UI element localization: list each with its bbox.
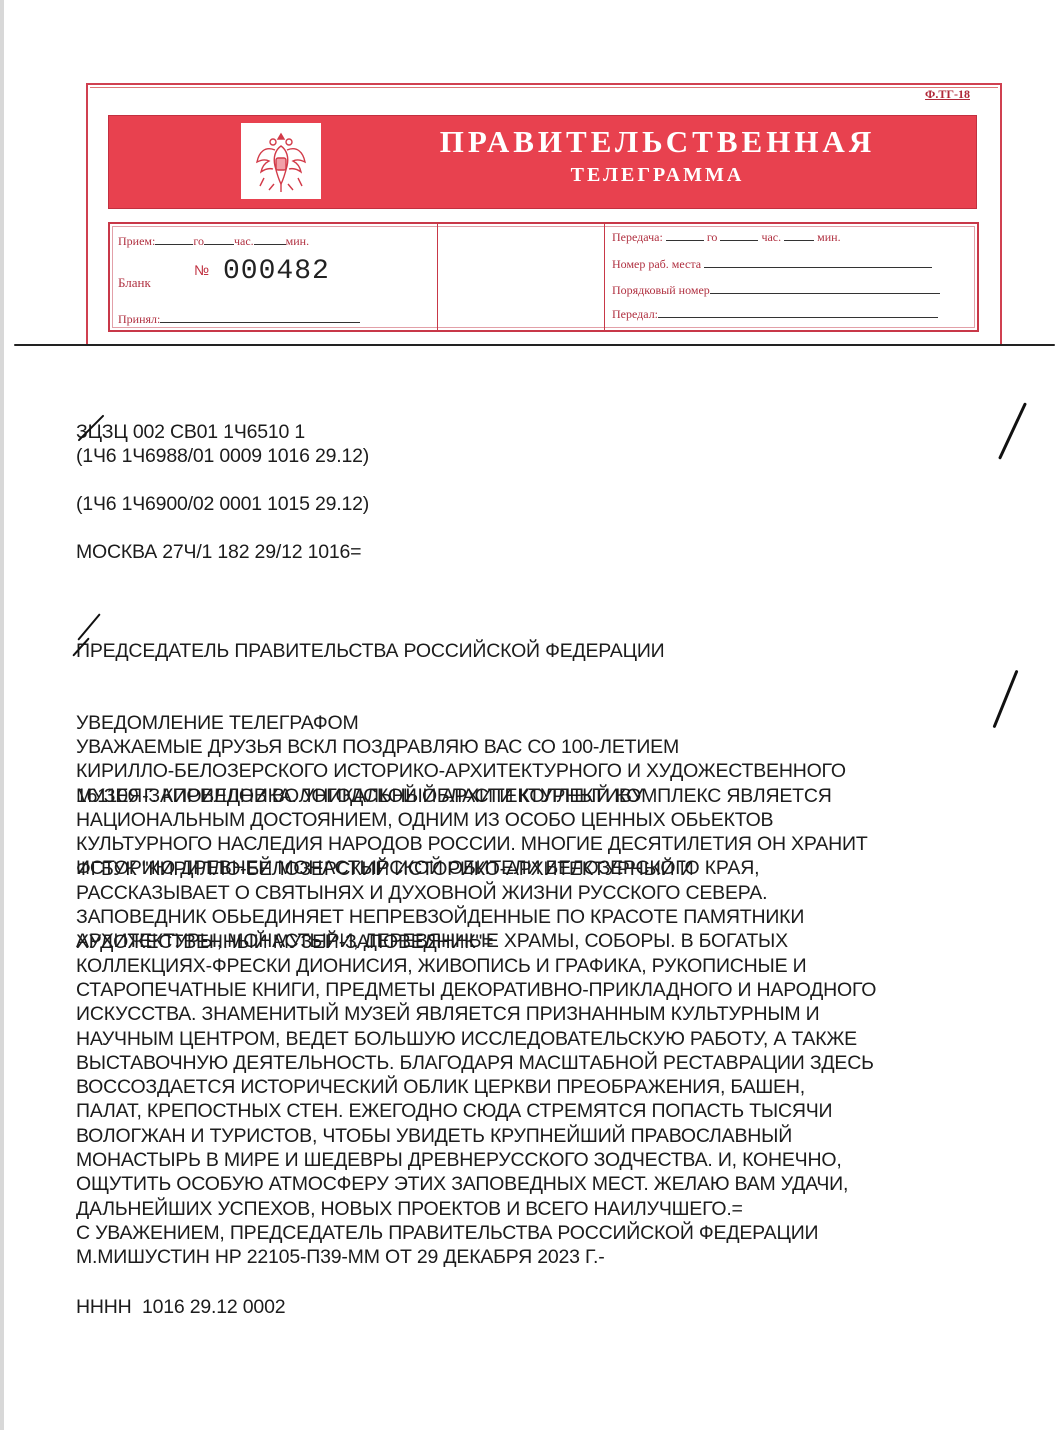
- blank-label: Бланк: [118, 275, 151, 291]
- footer-line: НННН 1016 29.12 0002: [76, 1295, 285, 1319]
- body-line: КОЛЛЕКЦИЯХ-ФРЕСКИ ДИОНИСИЯ, ЖИВОПИСЬ И Г…: [76, 954, 876, 978]
- address-line: ПРЕДСЕДАТЕЛЬ ПРАВИТЕЛЬСТВА РОССИЙСКОЙ ФЕ…: [76, 639, 694, 663]
- workstation-number-field: Номер раб. места: [612, 257, 932, 272]
- service-line: ЗЦЗЦ 002 СВ01 1Ч6510 1: [76, 420, 369, 444]
- body-line: ЗАПОВЕДНИК ОБЬЕДИНЯЕТ НЕПРЕВЗОЙДЕННЫЕ ПО…: [76, 905, 876, 929]
- body-line: КИРИЛЛО-БЕЛОЗЕРСКОГО ИСТОРИКО-АРХИТЕКТУР…: [76, 759, 876, 783]
- service-header: ЗЦЗЦ 002 СВ01 1Ч6510 1(1Ч6 1Ч6988/01 000…: [76, 420, 369, 469]
- body-line: МОНАСТЫРЬ В МИРЕ И ШЕДЕВРЫ ДРЕВНЕРУССКОГ…: [76, 1148, 876, 1172]
- service-line: (1Ч6 1Ч6988/01 0009 1016 29.12): [76, 444, 369, 468]
- form-title: ПРАВИТЕЛЬСТВЕННАЯ: [339, 124, 976, 160]
- address-line: УВЕДОМЛЕНИЕ ТЕЛЕГРАФОМ: [76, 711, 694, 735]
- column-divider: [604, 224, 605, 330]
- body-line: ИСКУССТВА. ЗНАМЕНИТЫЙ МУЗЕЙ ЯВЛЯЕТСЯ ПРИ…: [76, 1002, 876, 1026]
- body-line: НАУЧНЫМ ЦЕНТРОМ, ВЕДЕТ БОЛЬШУЮ ИССЛЕДОВА…: [76, 1027, 876, 1051]
- russian-coat-of-arms-icon: [241, 123, 321, 199]
- pen-check-mark-icon: [992, 670, 1018, 729]
- message-body: УВАЖАЕМЫЕ ДРУЗЬЯ ВСКЛ ПОЗДРАВЛЯЮ ВАС СО …: [76, 735, 876, 1270]
- body-line: УВАЖАЕМЫЕ ДРУЗЬЯ ВСКЛ ПОЗДРАВЛЯЮ ВАС СО …: [76, 735, 876, 759]
- column-divider: [437, 224, 438, 330]
- body-line: СТАРОПЕЧАТНЫЕ КНИГИ, ПРЕДМЕТЫ ДЕКОРАТИВН…: [76, 978, 876, 1002]
- scan-edge: [0, 0, 4, 1430]
- accepted-by-field: Принял:: [118, 312, 360, 327]
- body-line: ОЩУТИТЬ ОСОБУЮ АТМОСФЕРУ ЭТИХ ЗАПОВЕДНЫХ…: [76, 1172, 876, 1196]
- body-line: КУЛЬТУРНОГО НАСЛЕДИЯ НАРОДОВ РОССИИ. МНО…: [76, 832, 876, 856]
- sent-by-field: Передал:: [612, 307, 938, 322]
- body-line: ВОЛОГЖАН И ТУРИСТОВ, ЧТОБЫ УВИДЕТЬ КРУПН…: [76, 1124, 876, 1148]
- tear-line: [14, 344, 1055, 346]
- origin-line: МОСКВА 27Ч/1 182 29/12 1016=: [76, 540, 361, 564]
- body-line: ДАЛЬНЕЙШИХ УСПЕХОВ, НОВЫХ ПРОЕКТОВ И ВСЕ…: [76, 1197, 876, 1221]
- transmitted-time-field: Передача: го час. мин.: [612, 230, 841, 245]
- body-line: МУЗЕЯ-ЗАПОВЕДНИКА. УНИКАЛЬНЫЙ АРХИТЕКТУР…: [76, 784, 876, 808]
- received-time-field: Прием:гочас.мин.: [118, 234, 309, 249]
- blank-number-sign: №: [194, 262, 209, 278]
- body-line: РАССКАЗЫВАЕТ О СВЯТЫНЯХ И ДУХОВНОЙ ЖИЗНИ…: [76, 881, 876, 905]
- body-line: АРХИТЕКТУРЫ, МОНАСТЫРИ, ДЕРЕВЯННЫЕ ХРАМЫ…: [76, 929, 876, 953]
- route-line: (1Ч6 1Ч6900/02 0001 1015 29.12): [76, 492, 369, 516]
- body-line: НАЦИОНАЛЬНЫМ ДОСТОЯНИЕМ, ОДНИМ ИЗ ОСОБО …: [76, 808, 876, 832]
- title-banner: ПРАВИТЕЛЬСТВЕННАЯ ТЕЛЕГРАММА: [108, 115, 977, 209]
- telegram-form-header: Ф.ТГ-18 ПРАВИТЕЛЬСТВЕННАЯ ТЕЛЕГРАММА: [86, 83, 1002, 345]
- body-line: М.МИШУСТИН НР 22105-П39-ММ ОТ 29 ДЕКАБРЯ…: [76, 1245, 876, 1269]
- form-code: Ф.ТГ-18: [925, 87, 970, 102]
- form-subtitle: ТЕЛЕГРАММА: [339, 164, 976, 187]
- body-line: ИСТОРИЮ ДРЕВНЕЙ МОНАСТЫРСКОЙ ОБИТЕЛИ БЕЛ…: [76, 856, 876, 880]
- blank-number: 000482: [223, 256, 330, 287]
- pen-check-mark-icon: [998, 402, 1027, 459]
- form-border-line: [90, 87, 998, 88]
- body-line: ПАЛАТ, КРЕПОСТНЫХ СТЕН. ЕЖЕГОДНО СЮДА СТ…: [76, 1099, 876, 1123]
- body-line: ВЫСТАВОЧНУЮ ДЕЯТЕЛЬНОСТЬ. БЛАГОДАРЯ МАСШ…: [76, 1051, 876, 1075]
- service-fields: Прием:гочас.мин. Бланк № 000482 Принял: …: [108, 222, 979, 332]
- body-line: ВОССОЗДАЕТСЯ ИСТОРИЧЕСКИЙ ОБЛИК ЦЕРКВИ П…: [76, 1075, 876, 1099]
- serial-number-field: Порядковый номер: [612, 283, 940, 298]
- body-line: С УВАЖЕНИЕМ, ПРЕДСЕДАТЕЛЬ ПРАВИТЕЛЬСТВА …: [76, 1221, 876, 1245]
